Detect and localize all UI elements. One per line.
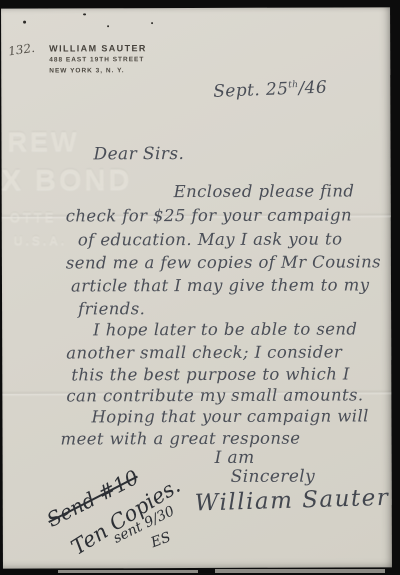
handwriting-line: check for $25 for your campaign — [66, 207, 352, 224]
office-annotations: Send #10 Ten Copies. sent 9/30 ES — [1, 7, 390, 8]
closing-line: Sincerely — [231, 469, 316, 486]
letterhead: WILLIAM SAUTER 488 EAST 19TH STREET NEW … — [49, 44, 147, 74]
letter-date: Sept. 25th/46 — [213, 80, 327, 101]
handwriting-line: another small check; I consider — [66, 344, 342, 361]
paper-watermark: REW X BOND OTTE U.S.A. — [1, 7, 390, 8]
date-prefix: Sept. 25 — [213, 79, 289, 102]
scan-artifact — [215, 569, 385, 573]
signature: William Sauter — [194, 487, 389, 516]
letter-body: Enclosed please find check for $25 for y… — [1, 7, 390, 8]
handwriting-line: Enclosed please find — [174, 183, 355, 200]
watermark-text: REW — [7, 128, 79, 155]
handwriting-line: friends. — [78, 301, 145, 318]
dust-speck — [107, 25, 109, 27]
page-number-annotation: 132. — [7, 41, 35, 59]
date-suffix: /46 — [298, 78, 327, 99]
annotation-initials: ES — [149, 529, 173, 551]
letter-paper: REW X BOND OTTE U.S.A. 132. WILLIAM SAUT… — [1, 7, 392, 568]
scanned-letter: REW X BOND OTTE U.S.A. 132. WILLIAM SAUT… — [0, 0, 400, 575]
handwriting-line: meet with a great response — [60, 431, 300, 448]
scan-artifact — [58, 570, 198, 573]
handwriting-line: of education. May I ask you to — [78, 231, 343, 248]
salutation: Dear Sirs. — [94, 146, 185, 163]
dust-speck — [23, 21, 26, 24]
watermark-text: X BOND — [2, 166, 133, 195]
handwriting-line: Hoping that your campaign will — [91, 408, 368, 425]
handwriting-line: this the best purpose to which I — [71, 366, 350, 383]
dust-speck — [83, 13, 86, 15]
handwriting-line: can contribute my small amounts. — [66, 387, 363, 405]
handwriting-line: article that I may give them to my — [71, 277, 369, 295]
closing-line: I am — [215, 450, 255, 467]
letterhead-name: WILLIAM SAUTER — [49, 44, 147, 53]
handwriting-line: send me a few copies of Mr Cousins — [66, 254, 381, 272]
dust-speck — [151, 22, 153, 24]
watermark-text: OTTE — [10, 210, 57, 223]
watermark-text: U.S.A. — [14, 234, 67, 246]
letterhead-address: 488 EAST 19TH STREET — [49, 57, 147, 64]
letterhead-city: NEW YORK 3, N. Y. — [49, 68, 147, 75]
handwriting-line: I hope later to be able to send — [93, 321, 357, 338]
dust-specks — [1, 7, 390, 8]
